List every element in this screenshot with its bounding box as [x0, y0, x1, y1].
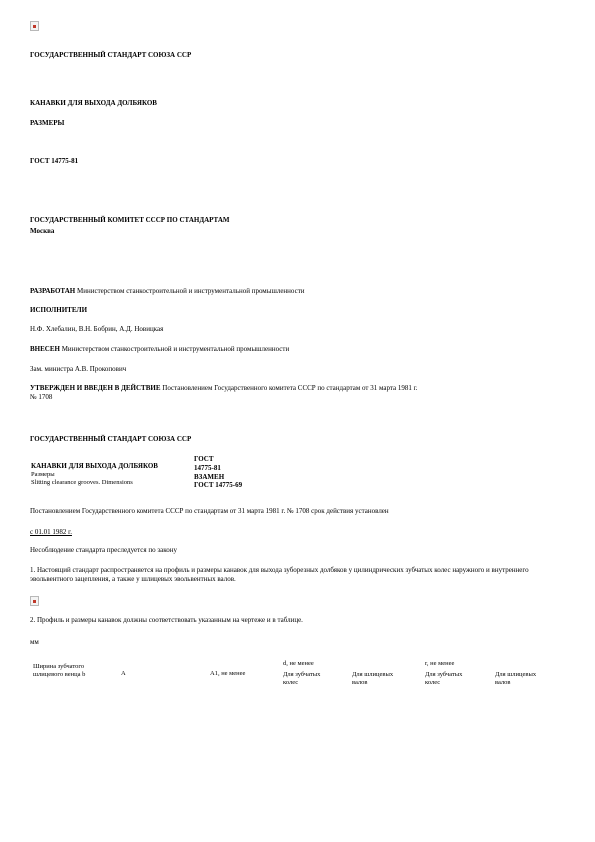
- standard-title-ru: КАНАВКИ ДЛЯ ВЫХОДА ДОЛБЯКОВ: [31, 462, 194, 471]
- developed-line: РАЗРАБОТАН Министерством станкостроитель…: [30, 287, 305, 296]
- col-d-gear: Для зубчатых колес: [283, 671, 333, 687]
- performers-label: ИСПОЛНИТЕЛИ: [30, 306, 87, 315]
- col-r-spline: Для шлицевых валов: [495, 671, 550, 687]
- col-header-width: Ширина зубчатого шлицевого венца b: [33, 663, 93, 679]
- replaces-label: ВЗАМЕН: [194, 473, 242, 482]
- dimensions-table-header: Ширина зубчатого шлицевого венца b A A1,…: [0, 0, 595, 842]
- approved-line: УТВЕРЖДЕН И ВВЕДЕН В ДЕЙСТВИЕ Постановле…: [30, 384, 570, 402]
- standard-subtitle-ru: Размеры: [31, 471, 194, 479]
- col-r-gear: Для зубчатых колес: [425, 671, 475, 687]
- standard-org-title: ГОСУДАРСТВЕННЫЙ СТАНДАРТ СОЮЗА ССР: [30, 435, 191, 444]
- developed-text: Министерством станкостроительной и инстр…: [77, 287, 305, 295]
- col-header-a1: A1, не менее: [210, 670, 245, 678]
- cover-org-title: ГОСУДАРСТВЕННЫЙ СТАНДАРТ СОЮЗА ССР: [30, 51, 191, 60]
- gost-number: 14775-81: [194, 464, 242, 473]
- cover-committee: ГОСУДАРСТВЕННЫЙ КОМИТЕТ СССР ПО СТАНДАРТ…: [30, 216, 230, 225]
- developed-label: РАЗРАБОТАН: [30, 287, 75, 295]
- col-header-a: A: [121, 670, 126, 678]
- decree-text: Постановлением Государственного комитета…: [30, 507, 389, 516]
- introduced-line: ВНЕСЕН Министерством станкостроительной …: [30, 345, 289, 354]
- effective-date: с 01.01 1982 г.: [30, 528, 72, 537]
- approved-label: УТВЕРЖДЕН И ВВЕДЕН В ДЕЙСТВИЕ: [30, 384, 161, 392]
- standard-header-block: КАНАВКИ ДЛЯ ВЫХОДА ДОЛБЯКОВ Размеры Slit…: [31, 455, 242, 490]
- cover-gost-number: ГОСТ 14775-81: [30, 157, 78, 166]
- clause-1: 1. Настоящий стандарт распространяется н…: [30, 566, 560, 584]
- deputy-text: Зам. министра А.В. Прокопович: [30, 365, 126, 374]
- col-group-d: d, не менее: [283, 660, 314, 668]
- units-label: мм: [30, 638, 39, 647]
- approved-number: № 1708: [30, 393, 52, 401]
- introduced-text: Министерством станкостроительной и инстр…: [62, 345, 290, 353]
- introduced-label: ВНЕСЕН: [30, 345, 60, 353]
- col-group-r: r, не менее: [425, 660, 454, 668]
- standard-header-table: КАНАВКИ ДЛЯ ВЫХОДА ДОЛБЯКОВ Размеры Slit…: [31, 455, 242, 490]
- broken-image-icon: [30, 596, 39, 606]
- cover-doc-title: КАНАВКИ ДЛЯ ВЫХОДА ДОЛБЯКОВ: [30, 99, 157, 108]
- cover-city: Москва: [30, 227, 54, 236]
- col-d-spline: Для шлицевых валов: [352, 671, 404, 687]
- cover-doc-subtitle: РАЗМЕРЫ: [30, 119, 64, 128]
- clause-2: 2. Профиль и размеры канавок должны соот…: [30, 616, 303, 625]
- law-text: Несоблюдение стандарта преследуется по з…: [30, 546, 177, 555]
- replaces-number: ГОСТ 14775-69: [194, 481, 242, 490]
- approved-text: Постановлением Государственного комитета…: [162, 384, 417, 392]
- broken-image-icon: [30, 21, 39, 31]
- standard-title-en: Slitting clearance grooves. Dimensions: [31, 479, 194, 487]
- performers-text: Н.Ф. Хлебалин, В.Н. Бобрин, А.Д. Новицка…: [30, 325, 163, 334]
- gost-label: ГОСТ: [194, 455, 242, 464]
